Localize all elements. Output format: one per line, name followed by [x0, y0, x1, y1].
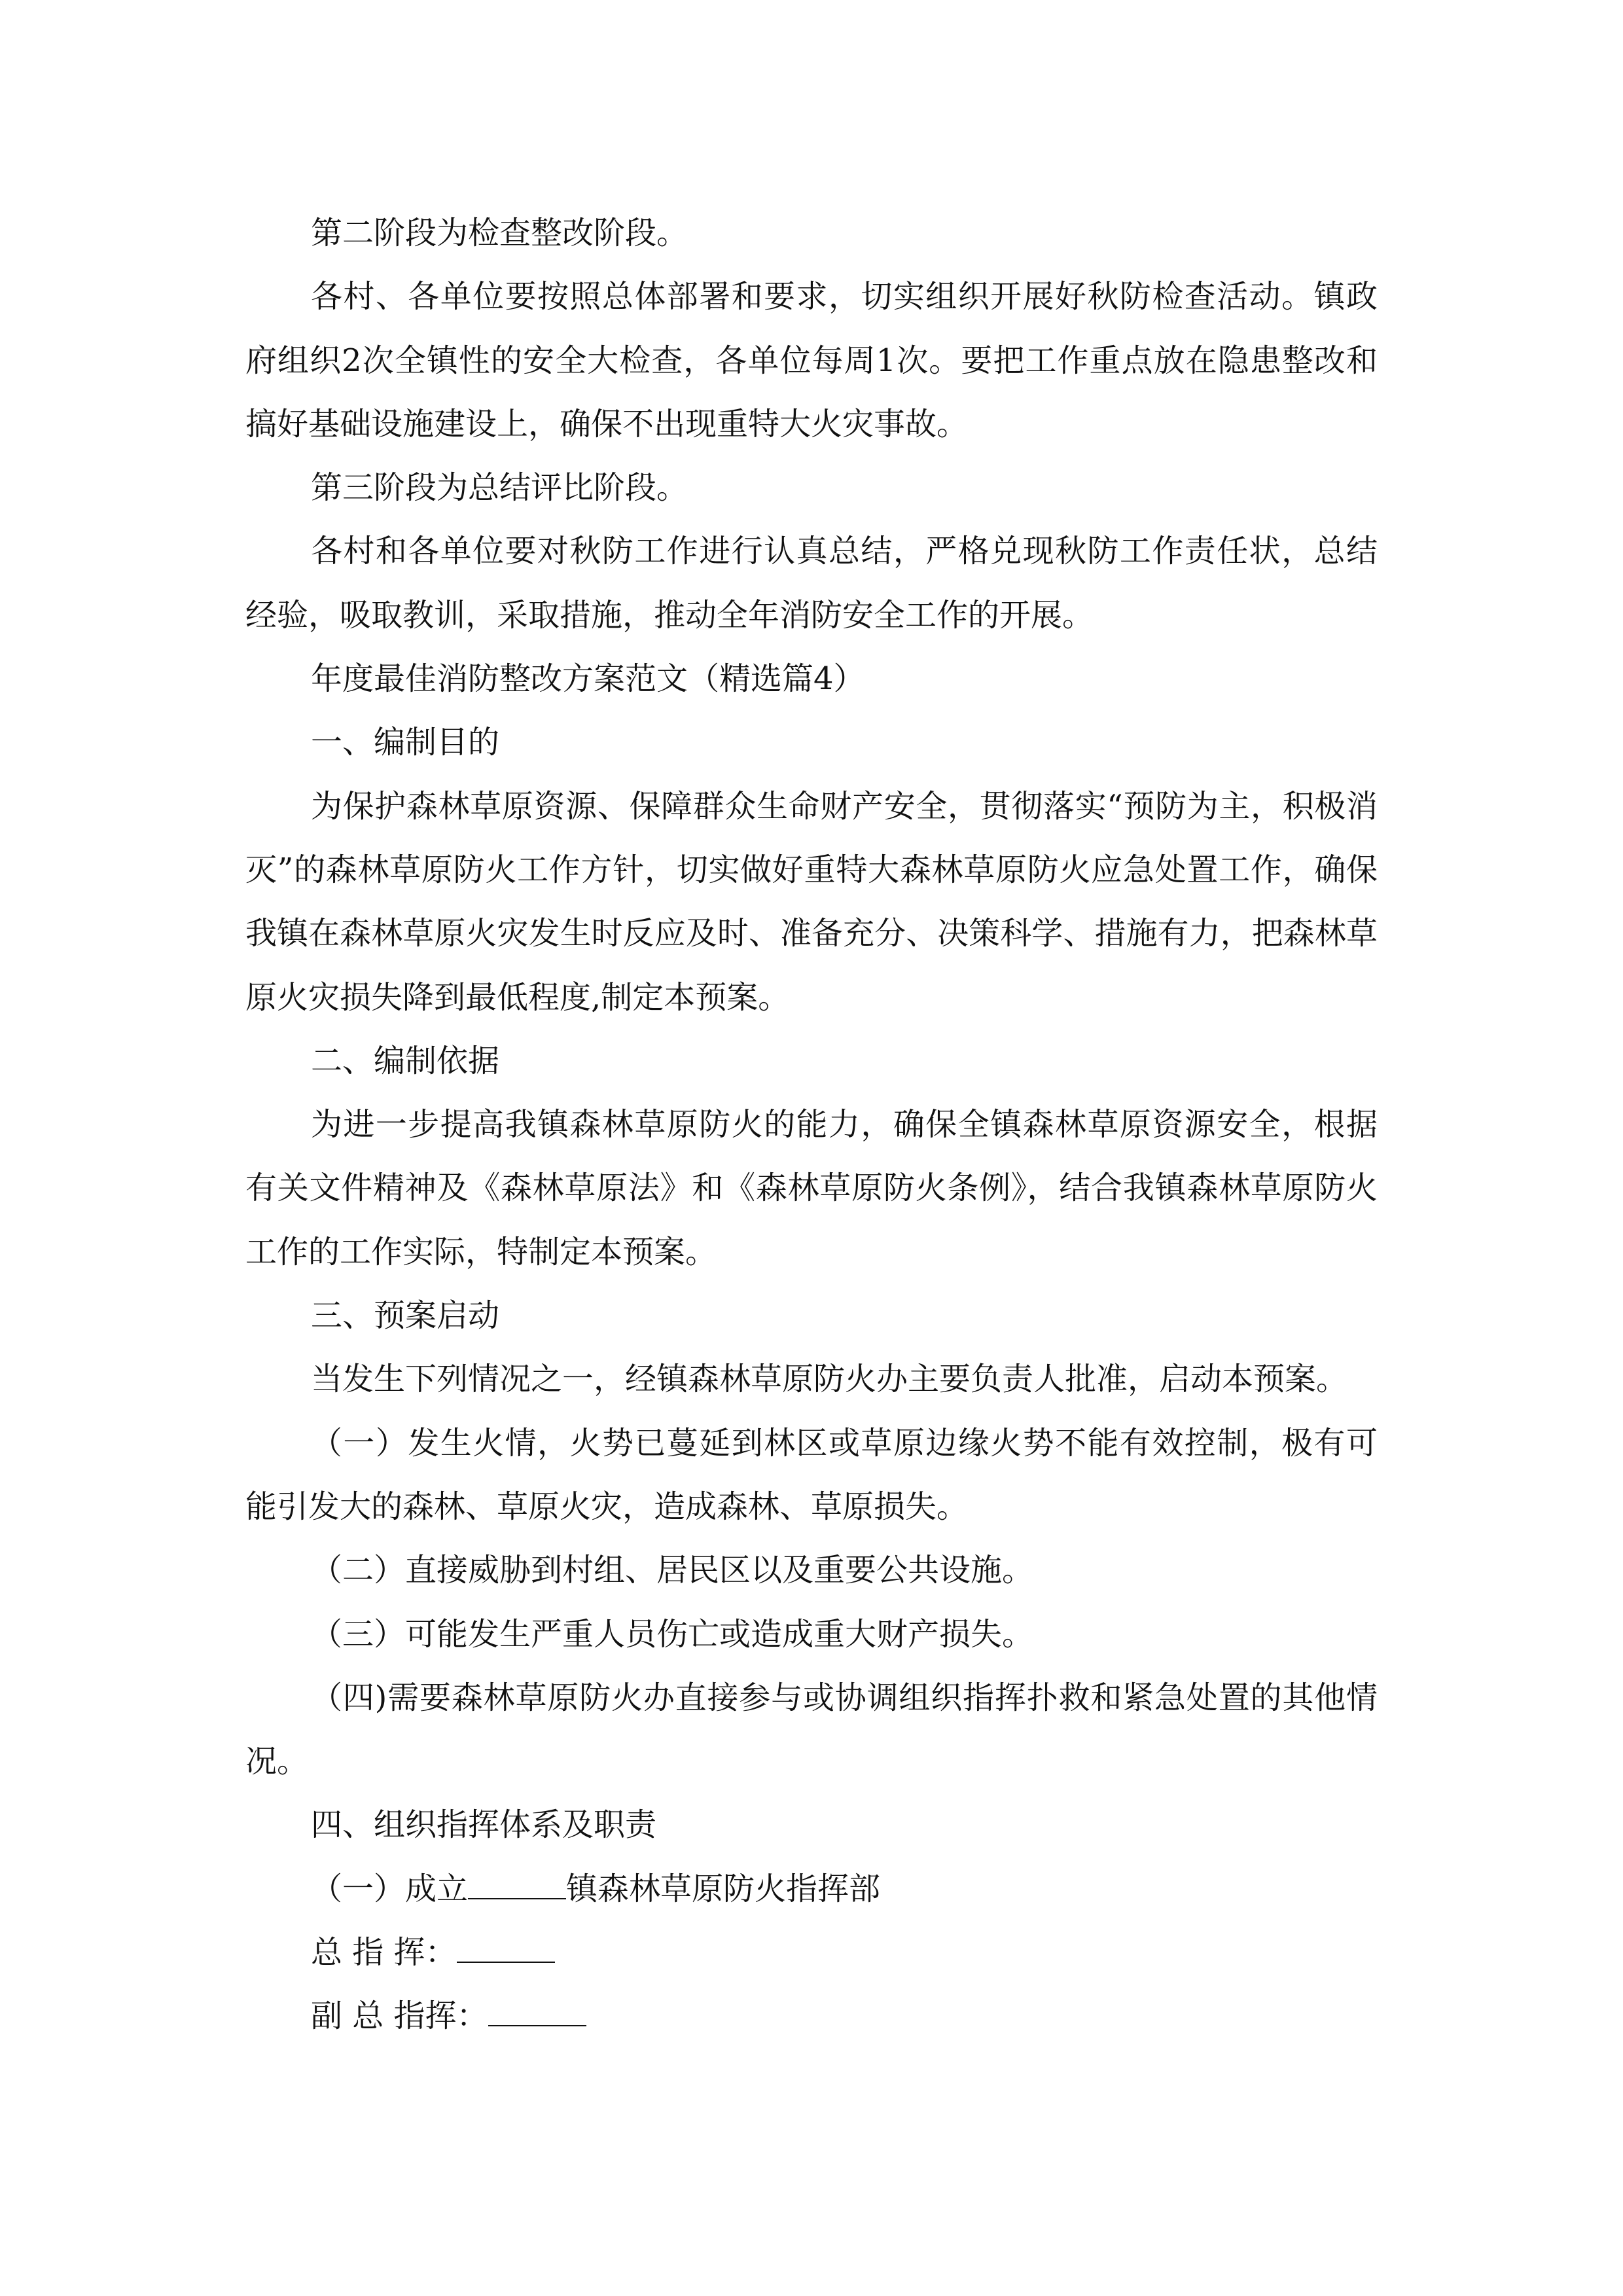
chief-commander-line: 总 指 挥： — [245, 1921, 1378, 1984]
document-page: 第二阶段为检查整改阶段。 各村、各单位要按照总体部署和要求，切实组织开展好秋防检… — [245, 202, 1378, 2049]
deputy-commander-blank[interactable] — [488, 1999, 586, 2026]
establish-command-line: （一）成立镇森林草原防火指挥部 — [245, 1857, 1378, 1921]
heading-basis: 二、编制依据 — [245, 1030, 1378, 1093]
paragraph-basis-body: 为进一步提高我镇森林草原防火的能力，确保全镇森林草原资源安全，根据有关文件精神及… — [245, 1093, 1378, 1284]
list-item-condition-2: （二）直接威胁到村组、居民区以及重要公共设施。 — [245, 1539, 1378, 1602]
paragraph-stage-two-body: 各村、各单位要按照总体部署和要求，切实组织开展好秋防检查活动。镇政府组织2次全镇… — [245, 265, 1378, 456]
list-item-condition-4: （四)需要森林草原防火办直接参与或协调组织指挥扑救和紧急处置的其他情况。 — [245, 1666, 1378, 1794]
section-title-sample-4: 年度最佳消防整改方案范文（精选篇4） — [245, 647, 1378, 711]
paragraph-activation-intro: 当发生下列情况之一，经镇森林草原防火办主要负责人批准，启动本预案。 — [245, 1348, 1378, 1411]
list-item-condition-1: （一）发生火情，火势已蔓延到林区或草原边缘火势不能有效控制，极有可能引发大的森林… — [245, 1412, 1378, 1539]
paragraph-stage-two-heading: 第二阶段为检查整改阶段。 — [245, 202, 1378, 265]
establish-prefix: （一）成立 — [311, 1871, 468, 1907]
paragraph-stage-three-heading: 第三阶段为总结评比阶段。 — [245, 456, 1378, 520]
heading-plan-activation: 三、预案启动 — [245, 1284, 1378, 1348]
paragraph-purpose-body: 为保护森林草原资源、保障群众生命财产安全，贯彻落实“预防为主，积极消灭”的森林草… — [245, 775, 1378, 1030]
establish-suffix: 镇森林草原防火指挥部 — [566, 1871, 880, 1907]
town-name-blank[interactable] — [468, 1872, 566, 1899]
heading-purpose: 一、编制目的 — [245, 711, 1378, 774]
heading-command-system: 四、组织指挥体系及职责 — [245, 1793, 1378, 1857]
deputy-commander-line: 副 总 指挥： — [245, 1984, 1378, 2048]
paragraph-stage-three-body: 各村和各单位要对秋防工作进行认真总结，严格兑现秋防工作责任状，总结经验，吸取教训… — [245, 520, 1378, 647]
chief-commander-label: 总 指 挥： — [311, 1934, 457, 1971]
chief-commander-blank[interactable] — [457, 1935, 555, 1963]
list-item-condition-3: （三）可能发生严重人员伤亡或造成重大财产损失。 — [245, 1603, 1378, 1666]
deputy-commander-label: 副 总 指挥： — [311, 1998, 488, 2034]
